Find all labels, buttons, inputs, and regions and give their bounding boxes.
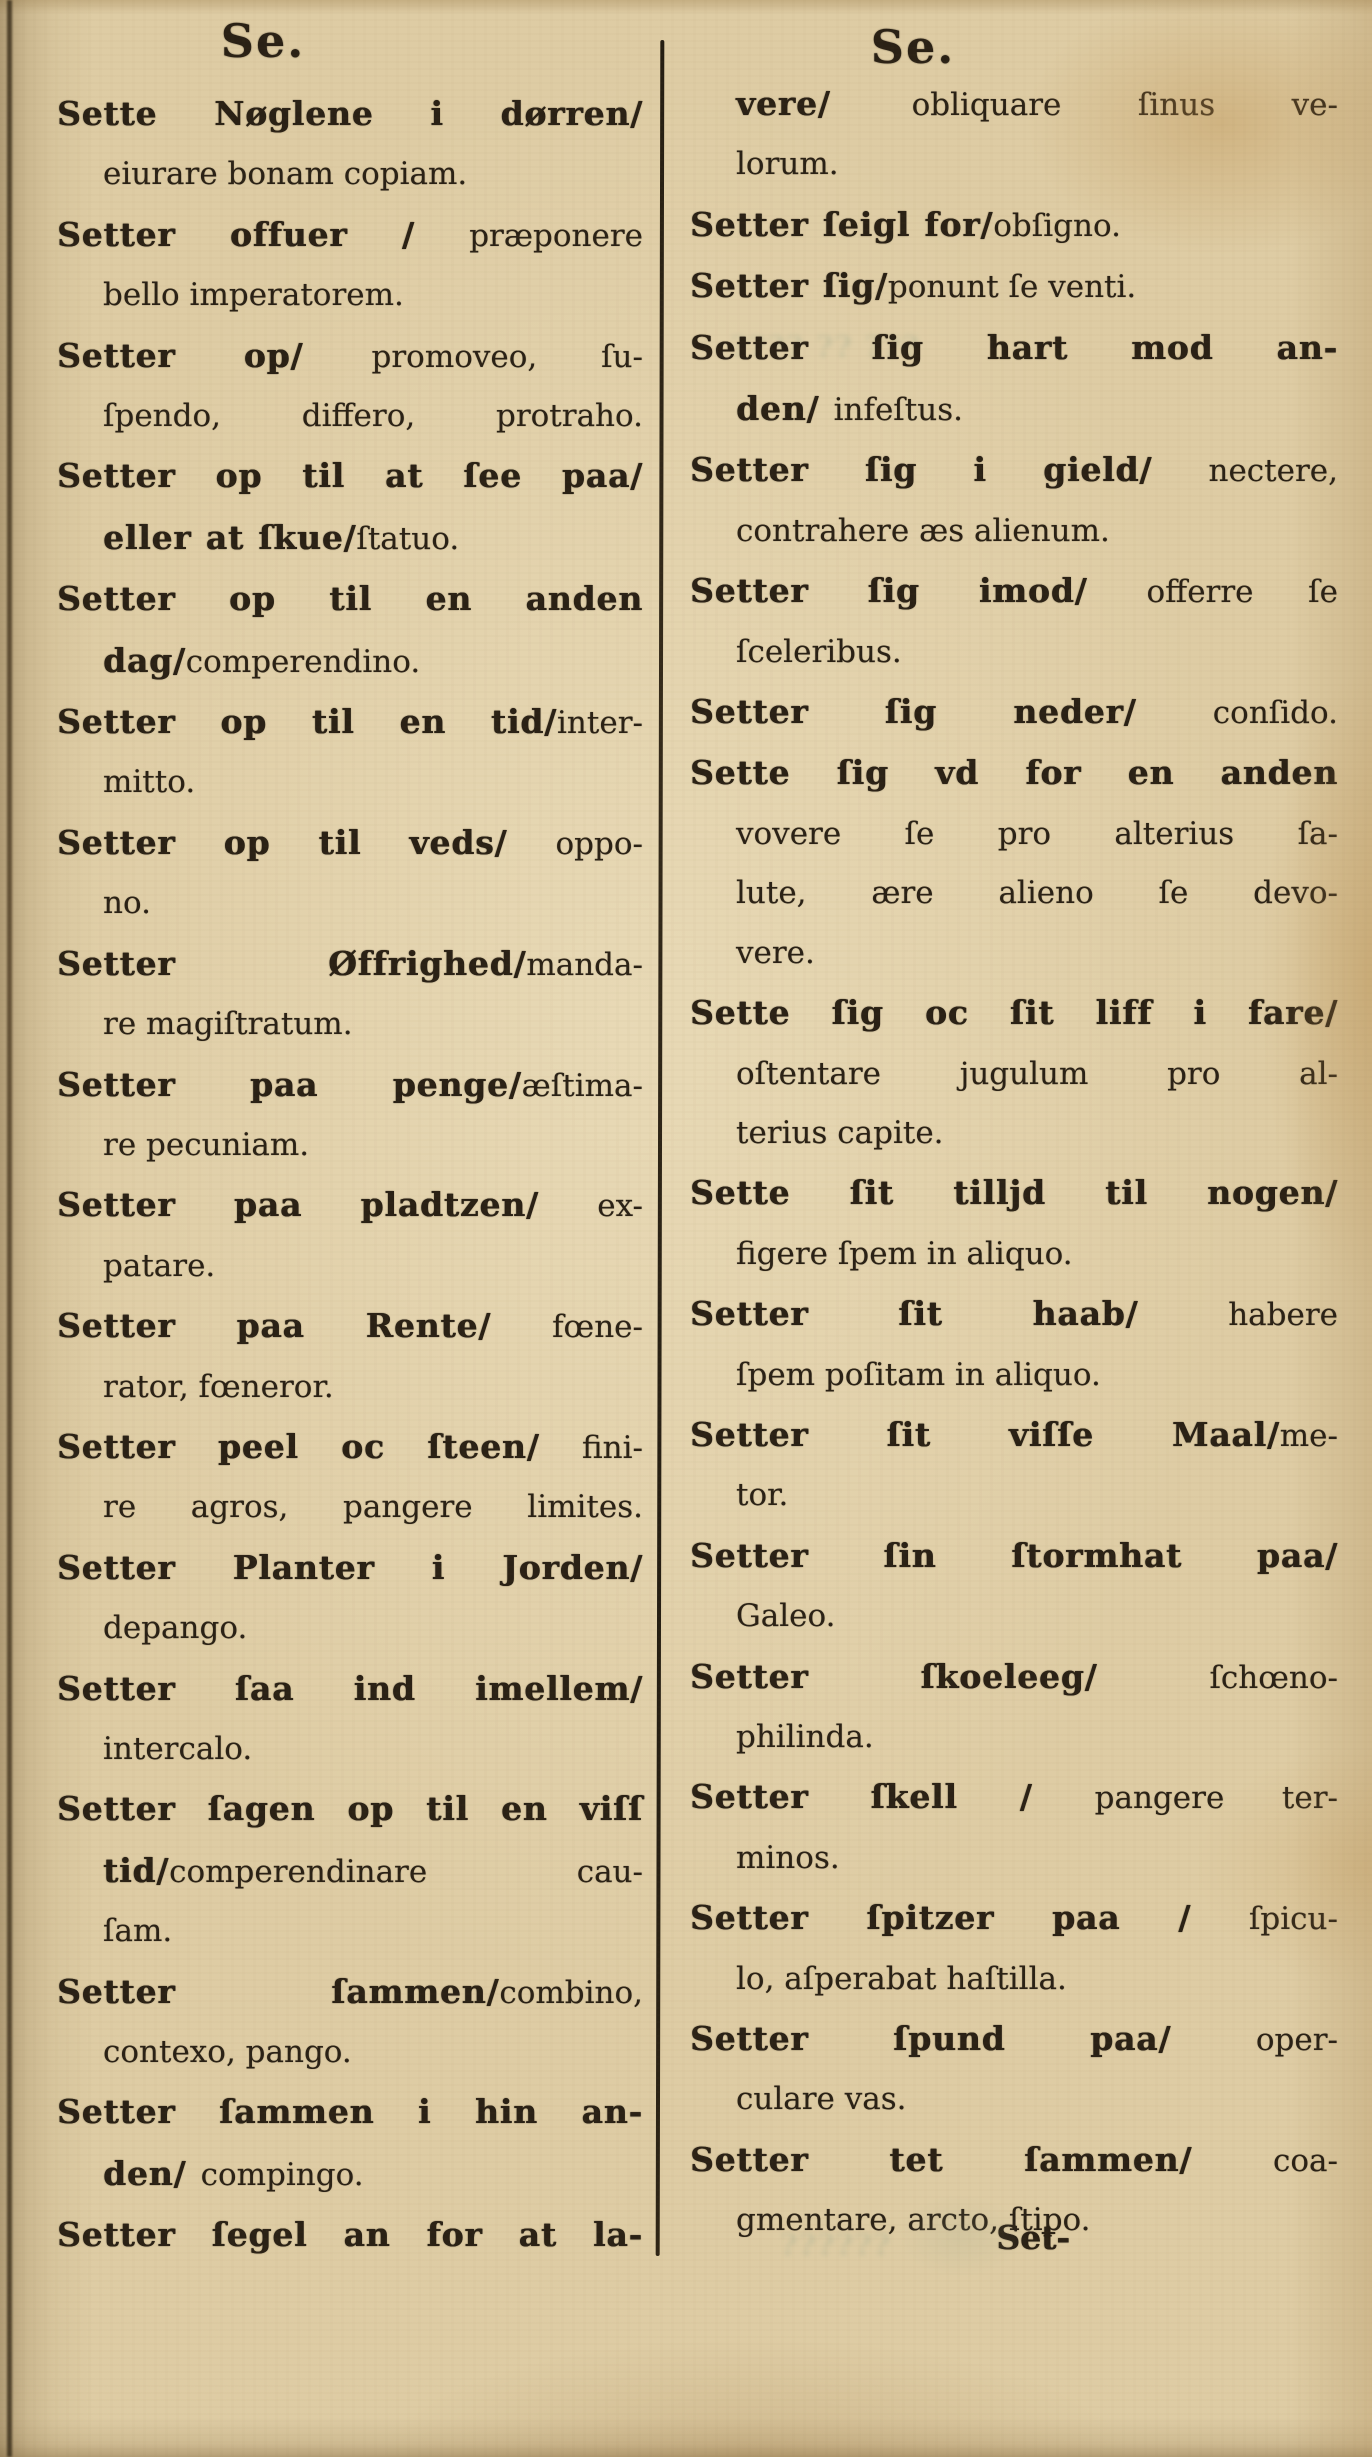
latin-gloss-text: nectere, [1209, 453, 1339, 489]
latin-gloss-text: philinda. [736, 1719, 874, 1755]
latin-gloss-text: obſigno. [993, 208, 1121, 244]
entry-line: Sette Nøglene i dørren/ [57, 84, 643, 145]
latin-gloss-text: coa- [1273, 2143, 1338, 2179]
danish-headword-text: Setter ſammen i hin an- [57, 2092, 643, 2131]
entry-line: Setter ſpund paa/ oper- [690, 2009, 1338, 2070]
column-divider-rule [656, 40, 665, 2256]
entry-continuation-line: Galeo. [690, 1587, 1338, 1646]
latin-gloss-text: lo, aſperabat haſtilla. [736, 1961, 1067, 1997]
latin-gloss-text: comperendino. [186, 644, 420, 680]
danish-headword-text: Setter peel oc ſteen/ [57, 1427, 582, 1466]
latin-gloss-text: ſam. [103, 1913, 172, 1949]
right-column: vere/ obliquare ſinus ve-lorum.Setter ſe… [690, 74, 1338, 2251]
entry-continuation-line: no. [57, 874, 643, 933]
entry-line: Setter ſig i gield/ nectere, [690, 440, 1338, 501]
entry-continuation-line: vovere ſe pro alterius ſa- [690, 805, 1338, 864]
entry-continuation-line: den/ compingo. [57, 2144, 643, 2205]
danish-headword-text: Setter ſeigl for/ [690, 205, 993, 244]
latin-gloss-text: ſtatuo. [356, 521, 459, 557]
entry-line: Setter ſig imod/ offerre ſe [690, 561, 1338, 622]
latin-gloss-text: ſpendo, differo, protraho. [103, 398, 643, 434]
binding-edge [7, 0, 12, 2457]
entry-line: Setter ſkoeleeg/ ſchœno- [690, 1647, 1338, 1708]
latin-gloss-text: habere [1228, 1297, 1338, 1333]
danish-headword-text: Sette Nøglene i dørren/ [57, 94, 643, 133]
latin-gloss-text: manda- [526, 947, 643, 983]
entry-continuation-line: figere ſpem in aliquo. [690, 1225, 1338, 1284]
latin-gloss-text: conſido. [1213, 695, 1338, 731]
latin-gloss-text: contrahere æs alienum. [736, 513, 1110, 549]
entry-line: Setter ſit viſſe Maal/me- [690, 1405, 1338, 1466]
entry-line: Setter ſig/ponunt ſe venti. [690, 256, 1338, 317]
danish-headword-text: Setter tet ſammen/ [690, 2140, 1273, 2179]
danish-headword-text: Setter ſig/ [690, 266, 888, 305]
latin-gloss-text: minos. [736, 1840, 840, 1876]
danish-headword-text: Setter ſpund paa/ [690, 2019, 1256, 2058]
entry-continuation-line: vere. [690, 924, 1338, 983]
latin-gloss-text: compingo. [201, 2157, 364, 2193]
latin-gloss-text: tor. [736, 1477, 788, 1513]
latin-gloss-text: ponunt ſe venti. [888, 269, 1136, 305]
entry-continuation-line: contexo, pango. [57, 2023, 643, 2082]
latin-gloss-text: ex- [597, 1188, 643, 1224]
latin-gloss-text: offerre ſe [1147, 574, 1338, 610]
entry-continuation-line: philinda. [690, 1708, 1338, 1767]
latin-gloss-text: me- [1280, 1418, 1338, 1454]
entry-line: Setter ſit haab/ habere [690, 1284, 1338, 1345]
entry-continuation-line: intercalo. [57, 1720, 643, 1779]
danish-headword-text: vere/ [736, 84, 912, 123]
danish-headword-text: Setter ſig hart mod an- [690, 328, 1338, 367]
entry-continuation-line: dag/comperendino. [57, 631, 643, 692]
danish-headword-text: Setter ſig i gield/ [690, 450, 1209, 489]
danish-headword-text: Setter op til en anden [57, 579, 643, 618]
entry-continuation-line: tor. [690, 1466, 1338, 1525]
danish-headword-text: Setter Planter i Jorden/ [57, 1548, 643, 1587]
running-head-left: Se. [168, 14, 358, 68]
danish-headword-text: Setter Øffrighed/ [57, 944, 526, 983]
danish-headword-text: Setter paa Rente/ [57, 1306, 552, 1345]
danish-headword-text: Setter ſit viſſe Maal/ [690, 1415, 1280, 1454]
danish-headword-text: Setter ſammen/ [57, 1972, 499, 2011]
book-page-scan: Se. Se. ???? ?? ??? ?????? Sette Nøglene… [0, 0, 1372, 2457]
entry-continuation-line: terius capite. [690, 1104, 1338, 1163]
entry-line: Sette ſig vd for en anden [690, 743, 1338, 804]
entry-line: Setter ſammen i hin an- [57, 2082, 643, 2143]
entry-line: Setter op til at ſee paa/ [57, 446, 643, 507]
entry-continuation-line: patare. [57, 1237, 643, 1296]
latin-gloss-text: patare. [103, 1248, 215, 1284]
latin-gloss-text: inter- [557, 705, 643, 741]
left-column: Sette Nøglene i dørren/eiurare bonam cop… [57, 84, 643, 2267]
entry-continuation-line: re magiſtratum. [57, 995, 643, 1054]
entry-continuation-line: eller at ſkue/ſtatuo. [57, 508, 643, 569]
latin-gloss-text: oſtentare jugulum pro al- [736, 1056, 1338, 1092]
latin-gloss-text: re magiſtratum. [103, 1006, 353, 1042]
entry-line: Setter ſagen op til en viſſ [57, 1779, 643, 1840]
entry-continuation-line: tid/comperendinare cau- [57, 1841, 643, 1902]
entry-continuation-line: ſam. [57, 1902, 643, 1961]
latin-gloss-text: promoveo, ſu- [372, 339, 643, 375]
danish-headword-text: Setter ſkell / [690, 1777, 1095, 1816]
latin-gloss-text: infeſtus. [834, 392, 963, 428]
danish-headword-text: Setter paa penge/ [57, 1065, 522, 1104]
latin-gloss-text: no. [103, 885, 151, 921]
entry-continuation-line: re pecuniam. [57, 1116, 643, 1175]
entry-continuation-line: minos. [690, 1829, 1338, 1888]
latin-gloss-text: ſceleribus. [736, 634, 902, 670]
latin-gloss-text: terius capite. [736, 1115, 944, 1151]
latin-gloss-text: combino, [499, 1975, 643, 2011]
latin-gloss-text: oppo- [556, 826, 644, 862]
danish-headword-text: Setter ſpitzer paa / [690, 1898, 1249, 1937]
danish-headword-text: Setter op til veds/ [57, 823, 556, 862]
latin-gloss-text: rator, fœneror. [103, 1369, 334, 1405]
entry-continuation-line: lo, aſperabat haſtilla. [690, 1950, 1338, 2009]
latin-gloss-text: æſtima- [522, 1068, 643, 1104]
entry-continuation-line: rator, fœneror. [57, 1358, 643, 1417]
danish-headword-text: den/ [103, 2154, 201, 2193]
entry-line: Setter ſpitzer paa / ſpicu- [690, 1888, 1338, 1949]
entry-continuation-line: mitto. [57, 753, 643, 812]
entry-line: Setter paa penge/æſtima- [57, 1055, 643, 1116]
danish-headword-text: Setter op til en tid/ [57, 702, 557, 741]
latin-gloss-text: depango. [103, 1610, 247, 1646]
entry-line: Setter op til veds/ oppo- [57, 813, 643, 874]
latin-gloss-text: mitto. [103, 764, 195, 800]
entry-line: Setter op/ promoveo, ſu- [57, 326, 643, 387]
entry-line: Setter Øffrighed/manda- [57, 934, 643, 995]
danish-headword-text: Setter ſaa ind imellem/ [57, 1669, 643, 1708]
entry-continuation-line: ſpem poſitam in aliquo. [690, 1346, 1338, 1405]
running-head-right: Se. [818, 20, 1008, 74]
entry-line: Sette ſit tilljd til nogen/ [690, 1163, 1338, 1224]
entry-line: Setter ſaa ind imellem/ [57, 1659, 643, 1720]
entry-continuation-line: den/ infeſtus. [690, 379, 1338, 440]
entry-continuation-line: re agros, pangere limites. [57, 1478, 643, 1537]
danish-headword-text: Setter ſagen op til en viſſ [57, 1789, 643, 1828]
entry-line: Setter paa pladtzen/ ex- [57, 1175, 643, 1236]
danish-headword-text: Setter ſig neder/ [690, 692, 1213, 731]
danish-headword-text: tid/ [103, 1851, 169, 1890]
latin-gloss-text: obliquare ſinus ve- [912, 87, 1338, 123]
entry-continuation-line: eiurare bonam copiam. [57, 145, 643, 204]
danish-headword-text: Setter op til at ſee paa/ [57, 456, 643, 495]
danish-headword-text: Setter ſig imod/ [690, 571, 1147, 610]
entry-line: Setter ſeigl for/obſigno. [690, 195, 1338, 256]
latin-gloss-text: præponere [469, 218, 643, 254]
latin-gloss-text: contexo, pango. [103, 2034, 352, 2070]
danish-headword-text: Setter op/ [57, 336, 372, 375]
latin-gloss-text: fini- [582, 1430, 643, 1466]
entry-line: Sette ſig oc ſit liff i fare/ [690, 983, 1338, 1044]
latin-gloss-text: lorum. [736, 146, 839, 182]
latin-gloss-text: pangere ter- [1095, 1780, 1338, 1816]
latin-gloss-text: eiurare bonam copiam. [103, 156, 467, 192]
latin-gloss-text: fœne- [552, 1309, 643, 1345]
entry-continuation-line: ſceleribus. [690, 623, 1338, 682]
entry-line: Setter paa Rente/ fœne- [57, 1296, 643, 1357]
danish-headword-text: Sette ſit tilljd til nogen/ [690, 1173, 1338, 1212]
danish-headword-text: Sette ſig vd for en anden [690, 753, 1338, 792]
danish-headword-text: Setter offuer / [57, 215, 469, 254]
entry-continuation-line: vere/ obliquare ſinus ve- [690, 74, 1338, 135]
danish-headword-text: Setter ſit haab/ [690, 1294, 1228, 1333]
entry-line: Setter tet ſammen/ coa- [690, 2130, 1338, 2191]
entry-line: Setter op til en anden [57, 569, 643, 630]
latin-gloss-text: re pecuniam. [103, 1127, 309, 1163]
entry-line: Setter ſegel an for at la- [57, 2205, 643, 2266]
latin-gloss-text: ſpem poſitam in aliquo. [736, 1357, 1101, 1393]
entry-continuation-line: contrahere æs alienum. [690, 502, 1338, 561]
latin-gloss-text: Galeo. [736, 1598, 835, 1634]
latin-gloss-text: vovere ſe pro alterius ſa- [736, 816, 1338, 852]
latin-gloss-text: re agros, pangere limites. [103, 1489, 643, 1525]
entry-continuation-line: bello imperatorem. [57, 266, 643, 325]
danish-headword-text: den/ [736, 389, 834, 428]
entry-line: Setter ſammen/combino, [57, 1962, 643, 2023]
latin-gloss-text: vere. [736, 935, 815, 971]
entry-line: Setter ſin ſtormhat paa/ [690, 1526, 1338, 1587]
entry-continuation-line: culare vas. [690, 2070, 1338, 2129]
danish-headword-text: Setter paa pladtzen/ [57, 1185, 597, 1224]
danish-headword-text: Setter ſin ſtormhat paa/ [690, 1536, 1338, 1575]
danish-headword-text: Setter ſegel an for at la- [57, 2215, 643, 2254]
latin-gloss-text: bello imperatorem. [103, 277, 404, 313]
entry-continuation-line: depango. [57, 1599, 643, 1658]
latin-gloss-text: intercalo. [103, 1731, 252, 1767]
latin-gloss-text: figere ſpem in aliquo. [736, 1236, 1073, 1272]
entry-continuation-line: lute, ære alieno ſe devo- [690, 864, 1338, 923]
danish-headword-text: Sette ſig oc ſit liff i fare/ [690, 993, 1338, 1032]
entry-line: Setter peel oc ſteen/ fini- [57, 1417, 643, 1478]
danish-headword-text: dag/ [103, 641, 186, 680]
entry-line: Setter ſig neder/ conſido. [690, 682, 1338, 743]
entry-line: Setter Planter i Jorden/ [57, 1538, 643, 1599]
latin-gloss-text: oper- [1256, 2022, 1338, 2058]
latin-gloss-text: ſchœno- [1209, 1660, 1338, 1696]
entry-continuation-line: ſpendo, differo, protraho. [57, 387, 643, 446]
danish-headword-text: Setter ſkoeleeg/ [690, 1657, 1209, 1696]
entry-line: Setter op til en tid/inter- [57, 692, 643, 753]
entry-continuation-line: oſtentare jugulum pro al- [690, 1045, 1338, 1104]
entry-line: Setter offuer / præponere [57, 205, 643, 266]
entry-line: Setter ſkell / pangere ter- [690, 1767, 1338, 1828]
entry-continuation-line: lorum. [690, 135, 1338, 194]
latin-gloss-text: comperendinare cau- [169, 1854, 643, 1890]
latin-gloss-text: ſpicu- [1249, 1901, 1338, 1937]
catchword: Set- [690, 2208, 1070, 2267]
latin-gloss-text: culare vas. [736, 2081, 907, 2117]
entry-line: Setter ſig hart mod an- [690, 318, 1338, 379]
latin-gloss-text: lute, ære alieno ſe devo- [736, 875, 1338, 911]
danish-headword-text: eller at ſkue/ [103, 518, 356, 557]
